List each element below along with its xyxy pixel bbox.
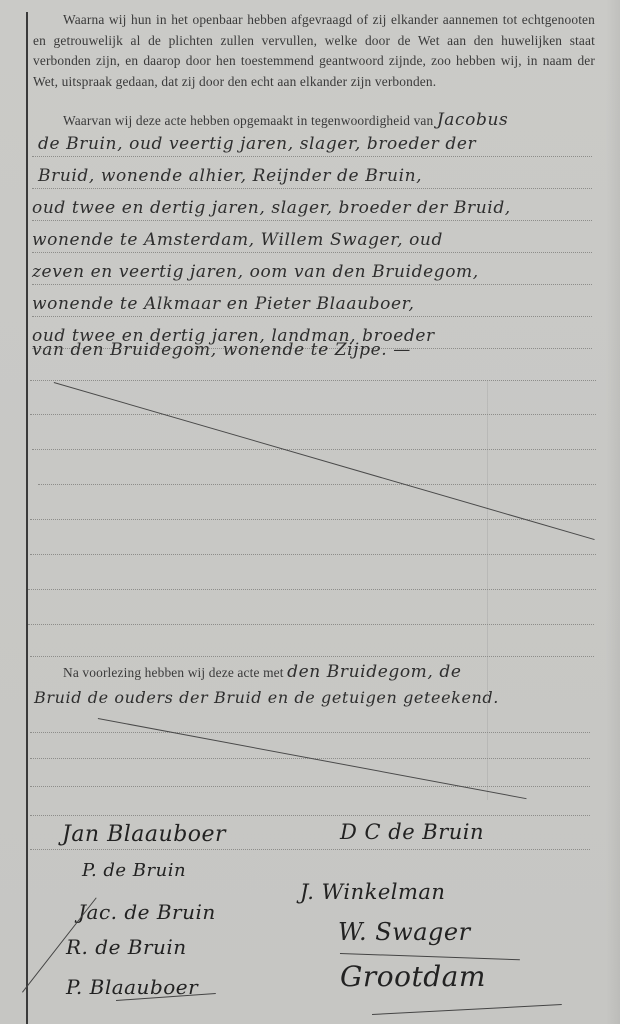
ruled-line <box>32 188 592 189</box>
signature-jac-de-bruin: Jac. de Bruin <box>78 900 216 924</box>
cancellation-stroke <box>54 382 595 540</box>
signature-w-swager: W. Swager <box>338 918 471 946</box>
ruled-line-empty <box>38 484 596 485</box>
ruled-line <box>32 156 592 157</box>
ruled-line-empty <box>30 414 596 415</box>
ruled-line <box>32 220 592 221</box>
consent-text: Waarna wij hun in het openbaar hebben af… <box>33 10 595 92</box>
handwritten-witness-line-2: Bruid, wonende alhier, Reijnder de Bruin… <box>38 166 422 186</box>
printed-paragraph-signing: Na voorlezing hebben wij deze acte met d… <box>33 662 595 684</box>
faint-column-line <box>487 380 488 800</box>
ruled-line-empty <box>30 815 590 816</box>
handwritten-witness-line-8: van den Bruidegom, wonende te Zijpe. — <box>32 340 411 360</box>
handwritten-witness-line-5: zeven en veertig jaren, oom van den Brui… <box>32 262 479 282</box>
signature-p-de-bruin: P. de Bruin <box>82 860 186 881</box>
ruled-line <box>32 316 592 317</box>
handwritten-signing-line-1: Bruid de ouders der Bruid en de getuigen… <box>34 688 499 707</box>
ruled-line-empty <box>30 380 596 381</box>
witnesses-intro-text: Waarvan wij deze acte hebben opgemaakt i… <box>63 113 433 128</box>
ruled-line-empty <box>30 849 590 850</box>
printed-paragraph-witnesses: Waarvan wij deze acte hebben opgemaakt i… <box>33 110 595 132</box>
ruled-line-empty <box>30 732 590 733</box>
handwritten-witness-line-3: oud twee en dertig jaren, slager, broede… <box>32 198 511 218</box>
ruled-line-empty <box>30 554 596 555</box>
ruled-line <box>32 284 592 285</box>
ruled-line-empty <box>28 624 594 625</box>
ruled-line <box>32 252 592 253</box>
ruled-line-empty <box>30 519 596 520</box>
ruled-line-empty <box>28 589 596 590</box>
signing-intro-text: Na voorlezing hebben wij deze acte met <box>63 665 284 680</box>
handwritten-signing-line-0: den Bruidegom, de <box>287 662 461 682</box>
handwritten-witness-line-1: de Bruin, oud veertig jaren, slager, bro… <box>38 134 476 154</box>
handwritten-witness-line-6: wonende te Alkmaar en Pieter Blaauboer, <box>32 294 414 314</box>
scanned-register-page: Waarna wij hun in het openbaar hebben af… <box>0 0 620 1024</box>
ruled-line-empty <box>30 656 594 657</box>
signature-jan-blaauboer: Jan Blaauboer <box>62 822 226 847</box>
handwritten-witness-line-4: wonende te Amsterdam, Willem Swager, oud <box>32 230 443 250</box>
signature-flourish <box>372 1004 562 1015</box>
signature-dc-de-bruin: D C de Bruin <box>340 820 484 844</box>
handwritten-witness-line-0: Jacobus <box>437 110 508 130</box>
page-edge-shadow <box>606 0 620 1024</box>
printed-paragraph-consent: Waarna wij hun in het openbaar hebben af… <box>33 10 595 92</box>
signature-r-de-bruin: R. de Bruin <box>66 935 187 959</box>
left-margin-rule <box>26 12 28 1024</box>
ruled-line-empty <box>32 449 596 450</box>
signature-j-winkelman: J. Winkelman <box>300 880 445 904</box>
signature-grootdam: Grootdam <box>340 960 486 993</box>
ruled-line-empty <box>30 786 590 787</box>
